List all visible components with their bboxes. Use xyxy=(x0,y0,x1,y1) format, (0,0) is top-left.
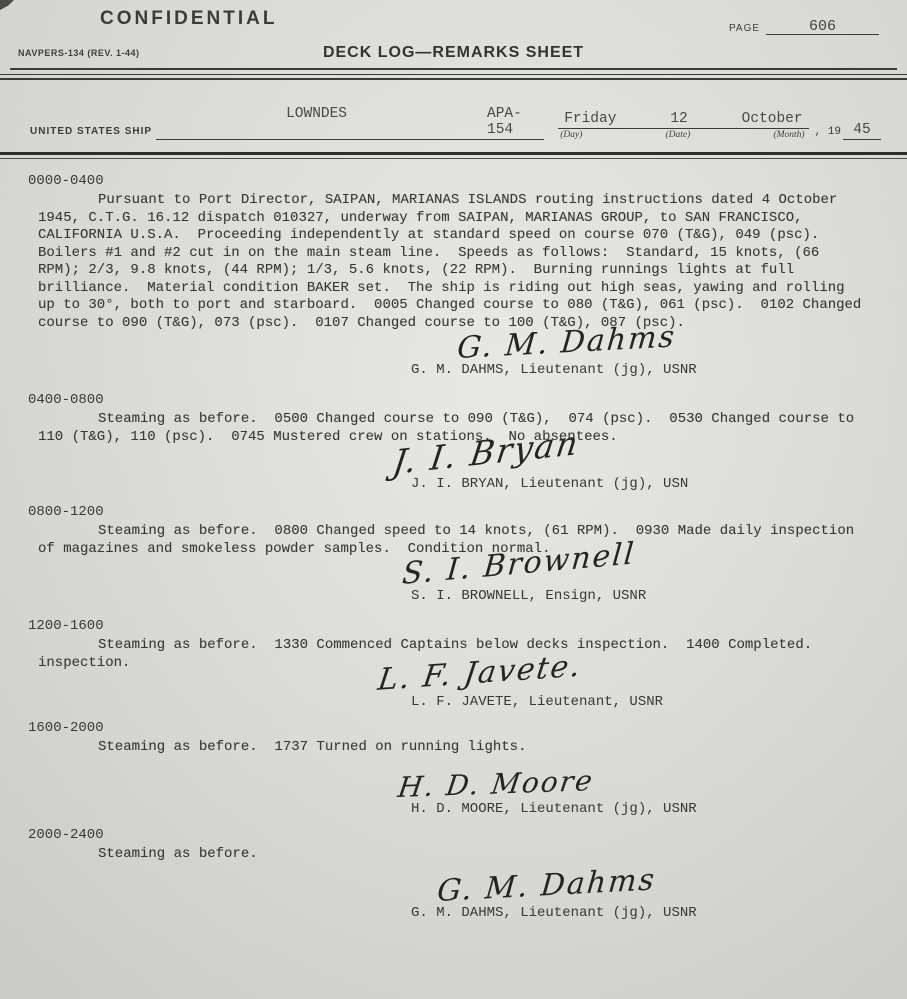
watch-remarks: Pursuant to Port Director, SAIPAN, MARIA… xyxy=(38,192,865,332)
ship-name-field: LOWNDES APA-154 xyxy=(156,106,544,140)
united-states-ship-label: UNITED STATES SHIP xyxy=(30,126,152,140)
signature-block: G. M. Dahms G. M. DAHMS, Lieutenant (jg)… xyxy=(411,877,877,921)
month-caption: (Month) xyxy=(773,130,804,140)
day-value: Friday xyxy=(564,111,616,127)
classification-stamp: CONFIDENTIAL xyxy=(100,8,277,30)
form-title-row: NAVPERS-134 (REV. 1-44) DECK LOG—REMARKS… xyxy=(0,44,907,66)
watch-time-range: 0400-0800 xyxy=(28,392,877,408)
year-prefix: , 19 xyxy=(809,126,843,140)
signature-block: S. I. Brownell S. I. BROWNELL, Ensign, U… xyxy=(411,560,877,604)
signature-block: L. F. Javete. L. F. JAVETE, Lieutenant, … xyxy=(411,666,877,710)
sheet-header: CONFIDENTIAL PAGE 606 NAVPERS-134 (REV. … xyxy=(0,0,907,159)
signature-block: H. D. Moore H. D. MOORE, Lieutenant (jg)… xyxy=(411,773,877,817)
date-captions: (Day) (Date) (Month) xyxy=(558,129,808,140)
watch-entry-1200-1600: 1200-1600 Steaming as before. 1330 Comme… xyxy=(28,618,877,710)
watch-time-range: 2000-2400 xyxy=(28,827,877,843)
watch-time-range: 1200-1600 xyxy=(28,618,877,634)
month-value: October xyxy=(742,111,803,127)
watch-entry-0400-0800: 0400-0800 Steaming as before. 0500 Chang… xyxy=(28,392,877,492)
signature-typed-name: H. D. MOORE, Lieutenant (jg), USNR xyxy=(411,801,877,817)
signature-handwriting: H. D. Moore xyxy=(396,756,881,803)
watch-entry-0000-0400: 0000-0400 Pursuant to Port Director, SAI… xyxy=(28,173,877,378)
date-cluster: Friday 12 October (Day) (Date) (Month) xyxy=(558,111,808,140)
watch-remarks: Steaming as before. 1737 Turned on runni… xyxy=(38,739,865,757)
ship-identification-row: UNITED STATES SHIP LOWNDES APA-154 Frida… xyxy=(30,106,881,140)
watch-time-range: 1600-2000 xyxy=(28,720,877,736)
ship-row-rule xyxy=(0,152,907,159)
sheet-title: DECK LOG—REMARKS SHEET xyxy=(0,44,907,62)
watch-time-range: 0800-1200 xyxy=(28,504,877,520)
signature-typed-name: L. F. JAVETE, Lieutenant, USNR xyxy=(411,694,877,710)
watch-entries: 0000-0400 Pursuant to Port Director, SAI… xyxy=(0,159,907,921)
header-double-rule xyxy=(0,74,907,80)
signature-typed-name: G. M. DAHMS, Lieutenant (jg), USNR xyxy=(411,905,877,921)
date-value: 12 xyxy=(670,111,687,127)
ship-name: LOWNDES xyxy=(286,106,347,138)
title-rule xyxy=(10,68,897,70)
signature-typed-name: S. I. BROWNELL, Ensign, USNR xyxy=(411,588,877,604)
date-fields: Friday 12 October xyxy=(558,111,808,129)
signature-typed-name: J. I. BRYAN, Lieutenant (jg), USN xyxy=(411,476,877,492)
page-label: PAGE xyxy=(729,23,760,35)
page-number: 606 xyxy=(766,20,879,35)
watch-entry-2000-2400: 2000-2400 Steaming as before. G. M. Dahm… xyxy=(28,827,877,922)
signature-block: G. M. Dahms G. M. DAHMS, Lieutenant (jg)… xyxy=(411,334,877,378)
year-value: 45 xyxy=(843,122,881,140)
deck-log-sheet: CONFIDENTIAL PAGE 606 NAVPERS-134 (REV. … xyxy=(0,0,907,999)
day-caption: (Day) xyxy=(560,130,582,140)
date-caption: (Date) xyxy=(666,130,691,140)
signature-block: J. I. Bryan J. I. BRYAN, Lieutenant (jg)… xyxy=(411,448,877,492)
watch-entry-1600-2000: 1600-2000 Steaming as before. 1737 Turne… xyxy=(28,720,877,817)
watch-entry-0800-1200: 0800-1200 Steaming as before. 0800 Chang… xyxy=(28,504,877,604)
page-number-field: PAGE 606 xyxy=(729,20,879,35)
watch-time-range: 0000-0400 xyxy=(28,173,877,189)
hull-number: APA-154 xyxy=(487,106,544,138)
